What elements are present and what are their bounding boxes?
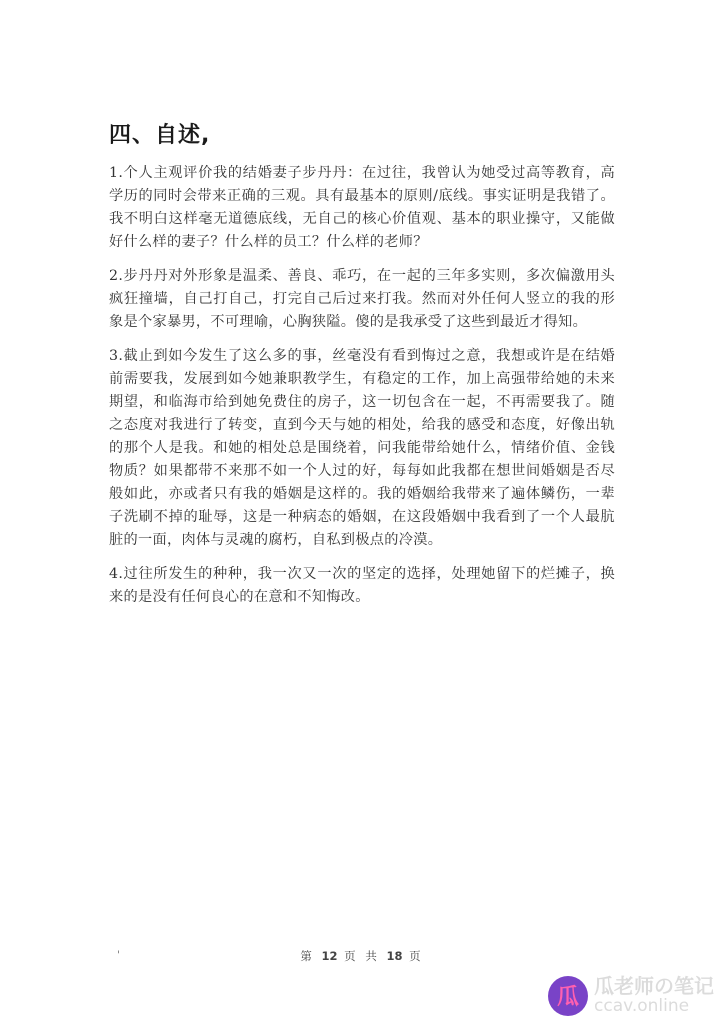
footer-suffix: 页 — [409, 949, 424, 963]
document-body: 1.个人主观评价我的结婚妻子步丹丹：在过往，我曾认为她受过高等教育，高学历的同时… — [109, 162, 615, 620]
watermark-url: ccav.online — [594, 997, 714, 1016]
watermark-text: 瓜老师の笔记 ccav.online — [594, 975, 714, 1016]
total-pages-number: 18 — [386, 949, 402, 963]
paragraph-1: 1.个人主观评价我的结婚妻子步丹丹：在过往，我曾认为她受过高等教育，高学历的同时… — [109, 162, 615, 254]
section-heading: 四、自述, — [109, 118, 210, 149]
watermark-logo-icon: 瓜 — [548, 976, 588, 1016]
document-page: 四、自述, 1.个人主观评价我的结婚妻子步丹丹：在过往，我曾认为她受过高等教育，… — [0, 0, 724, 1024]
page-footer: 第 12 页 共 18 页 — [0, 948, 724, 964]
watermark: 瓜 瓜老师の笔记 ccav.online — [548, 975, 714, 1016]
footer-prefix: 第 — [300, 949, 315, 963]
watermark-title: 瓜老师の笔记 — [594, 975, 714, 997]
current-page-number: 12 — [322, 949, 338, 963]
paragraph-3: 3.截止到如今发生了这么多的事，丝毫没有看到悔过之意，我想或许是在结婚前需要我，… — [109, 345, 615, 552]
paragraph-4: 4.过往所发生的种种，我一次又一次的坚定的选择，处理她留下的烂摊子，换来的是没有… — [109, 563, 615, 609]
footer-middle: 页 共 — [344, 949, 380, 963]
paragraph-2: 2.步丹丹对外形象是温柔、善良、乖巧，在一起的三年多实则，多次偏激用头疯狂撞墙，… — [109, 265, 615, 334]
